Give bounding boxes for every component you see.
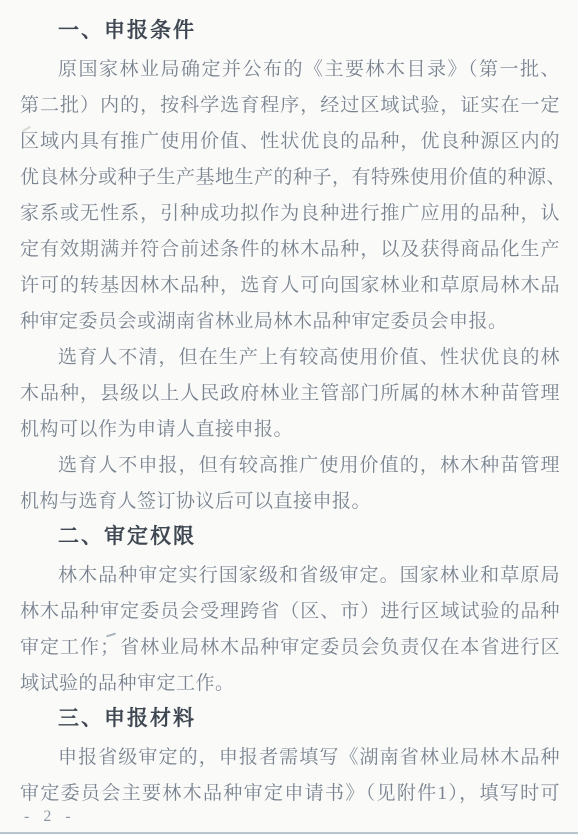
paragraph: 林木品种审定实行国家级和省级审定。国家林业和草原局 林木品种审定委员会受理跨省（… — [20, 558, 560, 702]
text-line: 原国家林业局确定并公布的《主要林木目录》（第一批、 — [20, 52, 560, 88]
text-line: 机构可以作为申请人直接申报。 — [20, 412, 560, 448]
section-heading-certification-authority: 二、审定权限 — [58, 522, 560, 552]
section-heading-application-materials: 三、申报材料 — [58, 704, 560, 734]
text-line: 机构与选育人签订协议后可以直接申报。 — [20, 484, 560, 520]
section-heading-application-conditions: 一、申报条件 — [58, 16, 560, 46]
scan-edge-line — [0, 832, 578, 834]
paragraph: 原国家林业局确定并公布的《主要林木目录》（第一批、 第二批）内的，按科学选育程序… — [20, 52, 560, 340]
paragraph: 申报省级审定的，申报者需填写《湖南省林业局林木品种 审定委员会主要林木品种审定申… — [20, 740, 560, 812]
text-line: 定有效期满并符合前述条件的林木品种，以及获得商品化生产 — [20, 232, 560, 268]
text-line: 第二批）内的，按科学选育程序，经过区域试验，证实在一定 — [20, 88, 560, 124]
text-line: 审定工作；省林业局林木品种审定委员会负责仅在本省进行区 — [20, 630, 560, 666]
text-line: 区域内具有推广使用价值、性状优良的品种，优良种源区内的 — [20, 124, 560, 160]
text-line: 木品种，县级以上人民政府林业主管部门所属的林木种苗管理 — [20, 376, 560, 412]
page-number: - 2 - — [24, 808, 76, 826]
text-line: 种审定委员会或湖南省林业局林木品种审定委员会申报。 — [20, 304, 560, 340]
text-line: 选育人不清，但在生产上有较高使用价值、性状优良的林 — [20, 340, 560, 376]
text-line: 家系或无性系，引种成功拟作为良种进行推广应用的品种，认 — [20, 196, 560, 232]
text-line: 许可的转基因林木品种，选育人可向国家林业和草原局林木品 — [20, 268, 560, 304]
text-line: 申报省级审定的，申报者需填写《湖南省林业局林木品种 — [20, 740, 560, 776]
scanned-document-page: 一、申报条件 原国家林业局确定并公布的《主要林木目录》（第一批、 第二批）内的，… — [0, 0, 578, 835]
text-line: 域试验的品种审定工作。 — [20, 666, 560, 702]
text-line: 选育人不申报，但有较高推广使用价值的，林木种苗管理 — [20, 448, 560, 484]
text-line: 林木品种审定委员会受理跨省（区、市）进行区域试验的品种 — [20, 594, 560, 630]
text-line: 审定委员会主要林木品种审定申请书》（见附件1），填写时可 — [20, 776, 560, 812]
text-line: 林木品种审定实行国家级和省级审定。国家林业和草原局 — [20, 558, 560, 594]
paragraph: 选育人不申报，但有较高推广使用价值的，林木种苗管理 机构与选育人签订协议后可以直… — [20, 448, 560, 520]
paragraph: 选育人不清，但在生产上有较高使用价值、性状优良的林 木品种，县级以上人民政府林业… — [20, 340, 560, 448]
text-line: 优良林分或种子生产基地生产的种子，有特殊使用价值的种源、 — [20, 160, 560, 196]
